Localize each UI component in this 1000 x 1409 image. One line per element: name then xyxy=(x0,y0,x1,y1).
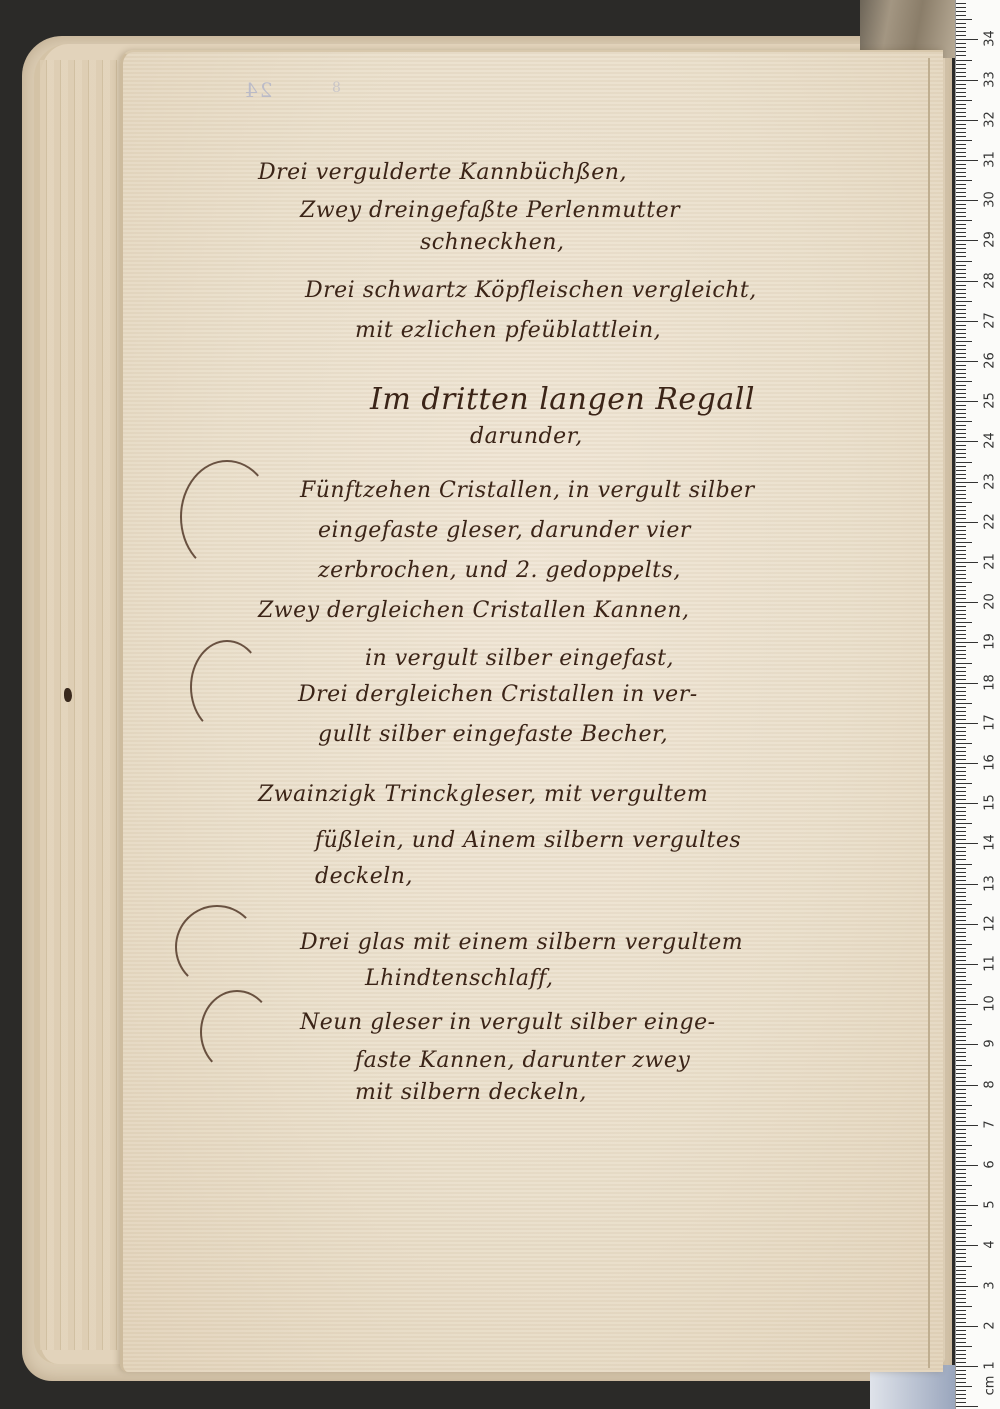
ruler-tick xyxy=(956,1117,966,1118)
ruler-tick xyxy=(956,437,966,438)
ruler-tick xyxy=(956,675,966,676)
ruler-tick xyxy=(956,1024,972,1025)
ruler-cm-label: 22 xyxy=(983,511,998,531)
ruler-tick xyxy=(956,317,966,318)
ruler-tick xyxy=(956,373,966,374)
ruler-tick xyxy=(956,1374,966,1375)
ruler-tick xyxy=(956,1040,966,1041)
ruler-tick xyxy=(956,1000,966,1001)
ruler-tick xyxy=(956,691,966,692)
ruler-tick xyxy=(956,305,966,306)
ruler-tick xyxy=(956,498,966,499)
ruler-cm-label: 11 xyxy=(983,954,998,974)
ruler-tick xyxy=(956,727,966,728)
ruler-tick xyxy=(956,872,966,873)
ruler-tick xyxy=(956,104,966,105)
ruler-cm-label: 18 xyxy=(983,672,998,692)
ruler-cm-label: 32 xyxy=(983,109,998,129)
ruler-tick xyxy=(956,988,966,989)
ruler-tick xyxy=(956,815,966,816)
ruler-cm-label: 2 xyxy=(983,1315,998,1335)
ruler-tick xyxy=(956,313,966,314)
ruler-tick xyxy=(956,839,966,840)
ruler-tick xyxy=(956,248,966,249)
ruler-tick xyxy=(956,156,966,157)
ruler-tick xyxy=(956,779,966,780)
ruler-tick xyxy=(956,120,978,121)
ruler-tick xyxy=(956,1209,966,1210)
ruler-tick xyxy=(956,168,966,169)
ruler-tick xyxy=(956,1165,978,1166)
ruler-tick xyxy=(956,626,966,627)
ruler-tick xyxy=(956,188,966,189)
ruler-tick xyxy=(956,474,966,475)
ruler-tick xyxy=(956,900,966,901)
ruler-tick xyxy=(956,542,972,543)
ruler-tick xyxy=(956,530,966,531)
ruler-tick xyxy=(956,1093,966,1094)
ruler-tick xyxy=(956,256,966,257)
ruler-tick xyxy=(956,466,966,467)
ruler-tick xyxy=(956,1157,966,1158)
ruler-tick xyxy=(956,1109,966,1110)
ruler-tick xyxy=(956,582,972,583)
ruler-tick xyxy=(956,1189,966,1190)
ruler-tick xyxy=(956,783,972,784)
ruler-tick xyxy=(956,920,966,921)
ruler-tick xyxy=(956,385,966,386)
ruler-tick xyxy=(956,232,966,233)
ruler-tick xyxy=(956,1334,966,1335)
ruler-tick xyxy=(956,892,966,893)
ruler-tick xyxy=(956,1350,966,1351)
ruler-tick xyxy=(956,1008,966,1009)
ruler-tick xyxy=(956,409,966,410)
text-line: Zwainzigk Trinckgleser, mit vergultem xyxy=(258,782,708,807)
ruler-cm-label: 17 xyxy=(983,712,998,732)
ruler-cm-label: 6 xyxy=(983,1155,998,1175)
ruler-tick xyxy=(956,663,972,664)
ruler-tick xyxy=(956,494,966,495)
ruler-tick xyxy=(956,932,966,933)
ruler-cm-label: 29 xyxy=(983,230,998,250)
ruler-tick xyxy=(956,618,966,619)
ruler-tick xyxy=(956,538,966,539)
measurement-ruler: cm 1234567891011121314151617181920212223… xyxy=(955,0,1000,1409)
ruler-tick xyxy=(956,43,966,44)
ruler-tick xyxy=(956,1253,966,1254)
ruler-tick xyxy=(956,1069,966,1070)
ruler-tick xyxy=(956,1326,978,1327)
ruler-tick xyxy=(956,184,966,185)
text-line: eingefaste gleser, darunder vier xyxy=(318,518,691,543)
text-line: Lhindtenschlaff, xyxy=(365,966,554,991)
ruler-tick xyxy=(956,357,966,358)
ruler-tick xyxy=(956,244,966,245)
ruler-tick xyxy=(956,449,966,450)
ruler-tick xyxy=(956,1016,966,1017)
ruler-tick xyxy=(956,1390,966,1391)
ruler-cm-label: 33 xyxy=(983,69,998,89)
ruler-tick xyxy=(956,1217,966,1218)
text-line: mit silbern deckeln, xyxy=(355,1080,587,1105)
ruler-cm-label: 30 xyxy=(983,190,998,210)
ruler-tick xyxy=(956,7,966,8)
ruler-tick xyxy=(956,1298,966,1299)
ruler-tick xyxy=(956,486,966,487)
page-edges xyxy=(40,60,120,1350)
ruler-tick xyxy=(956,100,972,101)
folio-number: 24 xyxy=(243,78,272,102)
ruler-tick xyxy=(956,1270,966,1271)
ruler-tick xyxy=(956,192,966,193)
ruler-tick xyxy=(956,220,972,221)
ruler-tick xyxy=(956,1121,966,1122)
ruler-tick xyxy=(956,1318,966,1319)
ruler-tick xyxy=(956,1346,972,1347)
ruler-tick xyxy=(956,522,978,523)
ruler-tick xyxy=(956,265,966,266)
ruler-tick xyxy=(956,1362,966,1363)
ruler-tick xyxy=(956,228,966,229)
ruler-tick xyxy=(956,735,966,736)
ruler-cm-label: 7 xyxy=(983,1114,998,1134)
ruler-tick xyxy=(956,1330,966,1331)
ruler-tick xyxy=(956,747,966,748)
ruler-tick xyxy=(956,1004,978,1005)
ruler-tick xyxy=(956,1073,966,1074)
ruler-cm-label: 20 xyxy=(983,592,998,612)
ruler-tick xyxy=(956,1081,966,1082)
ruler-cm-label: 3 xyxy=(983,1275,998,1295)
ruler-tick xyxy=(956,478,966,479)
ruler-tick xyxy=(956,562,978,563)
ruler-tick xyxy=(956,658,966,659)
ruler-tick xyxy=(956,445,966,446)
ruler-tick xyxy=(956,136,966,137)
text-line: schneckhen, xyxy=(420,230,564,255)
ruler-tick xyxy=(956,638,966,639)
ruler-tick xyxy=(956,1149,966,1150)
ruler-tick xyxy=(956,1386,972,1387)
ruler-tick xyxy=(956,325,966,326)
ruler-tick xyxy=(956,453,966,454)
ruler-tick xyxy=(956,1274,966,1275)
ruler-tick xyxy=(956,1294,966,1295)
ruler-tick xyxy=(956,1237,966,1238)
ruler-tick xyxy=(956,51,966,52)
ruler-tick xyxy=(956,667,966,668)
ruler-tick xyxy=(956,731,966,732)
ruler-tick xyxy=(956,76,966,77)
ruler-tick xyxy=(956,1205,978,1206)
ruler-tick xyxy=(956,1181,966,1182)
text-line: mit ezlichen pfeüblattlein, xyxy=(355,318,661,343)
ruler-tick xyxy=(956,1302,966,1303)
ruler-cm-label: 23 xyxy=(983,471,998,491)
ink-blot xyxy=(64,688,72,702)
ruler-tick xyxy=(956,964,978,965)
ruler-tick xyxy=(956,1245,978,1246)
ruler-tick xyxy=(956,224,966,225)
ruler-tick xyxy=(956,847,966,848)
ruler-tick xyxy=(956,956,966,957)
text-line: Drei vergulderte Kannbüchßen, xyxy=(258,160,627,185)
ruler-tick xyxy=(956,936,966,937)
ruler-tick xyxy=(956,855,966,856)
ruler-tick xyxy=(956,928,966,929)
ruler-tick xyxy=(956,39,978,40)
ruler-tick xyxy=(956,457,966,458)
ruler-tick xyxy=(956,1044,978,1045)
ruler-tick xyxy=(956,1137,966,1138)
folio-mark-small: 8 xyxy=(332,80,341,96)
ruler-tick xyxy=(956,27,966,28)
ruler-tick xyxy=(956,827,966,828)
ruler-cm-label: 16 xyxy=(983,753,998,773)
ruler-tick xyxy=(956,196,966,197)
ruler-cm-label: 4 xyxy=(983,1235,998,1255)
ruler-cm-label: 12 xyxy=(983,913,998,933)
ruler-tick xyxy=(956,1229,966,1230)
ruler-tick xyxy=(956,996,966,997)
ruler-tick xyxy=(956,19,972,20)
ruler-tick xyxy=(956,759,966,760)
ruler-tick xyxy=(956,1394,966,1395)
ruler-tick xyxy=(956,1382,966,1383)
ruler-tick xyxy=(956,365,966,366)
ruler-tick xyxy=(956,31,966,32)
ruler-tick xyxy=(956,570,966,571)
ruler-tick xyxy=(956,1089,966,1090)
ruler-tick xyxy=(956,518,966,519)
text-line: Fünftzehen Cristallen, in vergult silber xyxy=(300,478,755,503)
ruler-tick xyxy=(956,771,966,772)
ruler-tick xyxy=(956,916,966,917)
text-line: Neun gleser in vergult silber einge- xyxy=(300,1010,716,1035)
ruler-tick xyxy=(956,1322,966,1323)
ruler-tick xyxy=(956,550,966,551)
ruler-tick xyxy=(956,868,966,869)
ruler-tick xyxy=(956,164,966,165)
ruler-tick xyxy=(956,377,966,378)
text-line: Zwey dreingefaßte Perlenmutter xyxy=(300,198,680,223)
ruler-tick xyxy=(956,333,966,334)
ruler-tick xyxy=(956,47,966,48)
ruler-tick xyxy=(956,108,966,109)
ruler-tick xyxy=(956,381,972,382)
ruler-tick xyxy=(956,413,966,414)
ruler-tick xyxy=(956,429,966,430)
ruler-cm-label: 31 xyxy=(983,150,998,170)
ruler-cm-label: 13 xyxy=(983,873,998,893)
ruler-tick xyxy=(956,180,972,181)
ruler-tick xyxy=(956,208,966,209)
ruler-tick xyxy=(956,1249,966,1250)
ruler-tick xyxy=(956,952,966,953)
ruler-tick xyxy=(956,1020,966,1021)
ruler-tick xyxy=(956,309,966,310)
ruler-tick xyxy=(956,80,978,81)
text-line: darunder, xyxy=(470,424,583,449)
ruler-tick xyxy=(956,1065,972,1066)
text-line: gullt silber eingefaste Becher, xyxy=(318,722,668,747)
ruler-tick xyxy=(956,590,966,591)
ruler-tick xyxy=(956,212,966,213)
ruler-tick xyxy=(956,859,966,860)
section-heading: Im dritten langen Regall xyxy=(370,382,755,417)
ruler-tick xyxy=(956,11,966,12)
ruler-tick xyxy=(956,1153,966,1154)
ruler-tick xyxy=(956,819,966,820)
text-line: füßlein, und Ainem silbern vergultes xyxy=(315,828,741,853)
ruler-tick xyxy=(956,397,966,398)
ruler-tick xyxy=(956,144,966,145)
ruler-tick xyxy=(956,337,966,338)
ruler-tick xyxy=(956,1370,966,1371)
ruler-tick xyxy=(956,695,966,696)
ruler-tick xyxy=(956,980,966,981)
capital-flourish xyxy=(200,990,274,1074)
ruler-tick xyxy=(956,393,966,394)
text-line: faste Kannen, darunter zwey xyxy=(355,1048,690,1073)
ruler-tick xyxy=(956,240,978,241)
ruler-tick xyxy=(956,1129,966,1130)
ruler-tick xyxy=(956,823,972,824)
ruler-tick xyxy=(956,606,966,607)
ruler-tick xyxy=(956,1338,966,1339)
ruler-tick xyxy=(956,1290,966,1291)
ruler-tick xyxy=(956,421,972,422)
ruler-tick xyxy=(956,1097,966,1098)
ruler-tick xyxy=(956,281,978,282)
ruler-tick xyxy=(956,389,966,390)
ruler-tick xyxy=(956,743,972,744)
ruler-tick xyxy=(956,1197,966,1198)
ruler-tick xyxy=(956,1378,966,1379)
ruler-tick xyxy=(956,289,966,290)
ruler-tick xyxy=(956,811,966,812)
text-line: in vergult silber eingefast, xyxy=(365,646,674,671)
ruler-tick xyxy=(956,510,966,511)
ruler-tick xyxy=(956,807,966,808)
ruler-cm-label: 28 xyxy=(983,270,998,290)
ruler-tick xyxy=(956,880,966,881)
ruler-tick xyxy=(956,1125,978,1126)
ruler-tick xyxy=(956,630,966,631)
ruler-cm-label: 8 xyxy=(983,1074,998,1094)
ruler-tick xyxy=(956,490,966,491)
ruler-tick xyxy=(956,715,966,716)
ruler-tick xyxy=(956,35,966,36)
ruler-tick xyxy=(956,723,978,724)
ruler-tick xyxy=(956,277,966,278)
ruler-tick xyxy=(956,124,966,125)
ruler-tick xyxy=(956,301,972,302)
ruler-tick xyxy=(956,755,966,756)
ruler-tick xyxy=(956,329,966,330)
ruler-tick xyxy=(956,502,972,503)
ruler-cm-label: 19 xyxy=(983,632,998,652)
ruler-tick xyxy=(956,152,966,153)
ruler-tick xyxy=(956,972,966,973)
ruler-tick xyxy=(956,273,966,274)
ruler-tick xyxy=(956,719,966,720)
ruler-tick xyxy=(956,594,966,595)
ruler-tick xyxy=(956,598,966,599)
ruler-cm-label: 9 xyxy=(983,1034,998,1054)
ruler-tick xyxy=(956,1354,966,1355)
ruler-tick xyxy=(956,960,966,961)
text-line: Drei schwartz Köpfleischen vergleicht, xyxy=(305,278,757,303)
ruler-tick xyxy=(956,176,966,177)
ruler-tick xyxy=(956,353,966,354)
text-line: deckeln, xyxy=(315,864,413,889)
ruler-tick xyxy=(956,425,966,426)
text-line: Drei glas mit einem silbern vergultem xyxy=(300,930,743,955)
ruler-tick xyxy=(956,831,966,832)
ruler-tick xyxy=(956,1406,978,1407)
ruler-tick xyxy=(956,843,978,844)
ruler-tick xyxy=(956,924,978,925)
ruler-tick xyxy=(956,1141,966,1142)
ruler-tick xyxy=(956,1173,966,1174)
ruler-tick xyxy=(956,1177,966,1178)
ruler-cm-label: 1 xyxy=(983,1356,998,1376)
ruler-tick xyxy=(956,1342,966,1343)
ruler-tick xyxy=(956,1101,966,1102)
ruler-tick xyxy=(956,671,966,672)
ruler-tick xyxy=(956,132,966,133)
ruler-tick xyxy=(956,1028,966,1029)
ruler-tick xyxy=(956,699,966,700)
ruler-tick xyxy=(956,851,966,852)
ruler-tick xyxy=(956,940,966,941)
ruler-tick xyxy=(956,361,978,362)
ruler-tick xyxy=(956,285,966,286)
ruler-tick xyxy=(956,470,966,471)
text-line: Zwey dergleichen Cristallen Kannen, xyxy=(258,598,689,623)
ruler-tick xyxy=(956,683,978,684)
ruler-tick xyxy=(956,992,966,993)
ruler-tick xyxy=(956,1278,966,1279)
ruler-tick xyxy=(956,554,966,555)
ruler-tick xyxy=(956,514,966,515)
ruler-tick xyxy=(956,1145,972,1146)
ruler-tick xyxy=(956,1261,966,1262)
ruler-tick xyxy=(956,88,966,89)
ruler-tick xyxy=(956,1060,966,1061)
ruler-tick xyxy=(956,864,972,865)
ruler-tick xyxy=(956,984,972,985)
ruler-cm-label: 25 xyxy=(983,391,998,411)
capital-flourish xyxy=(180,460,274,574)
ruler-tick xyxy=(956,610,966,611)
ruler-tick xyxy=(956,614,966,615)
ruler-tick xyxy=(956,433,966,434)
ruler-tick xyxy=(956,578,966,579)
ruler-tick xyxy=(956,976,966,977)
ruler-cm-label: 14 xyxy=(983,833,998,853)
ruler-tick xyxy=(956,884,978,885)
ruler-tick xyxy=(956,297,966,298)
ruler-tick xyxy=(956,767,966,768)
ruler-tick xyxy=(956,908,966,909)
ruler-tick xyxy=(956,948,966,949)
ruler-tick xyxy=(956,252,966,253)
ruler-tick xyxy=(956,1402,966,1403)
ruler-tick xyxy=(956,646,966,647)
